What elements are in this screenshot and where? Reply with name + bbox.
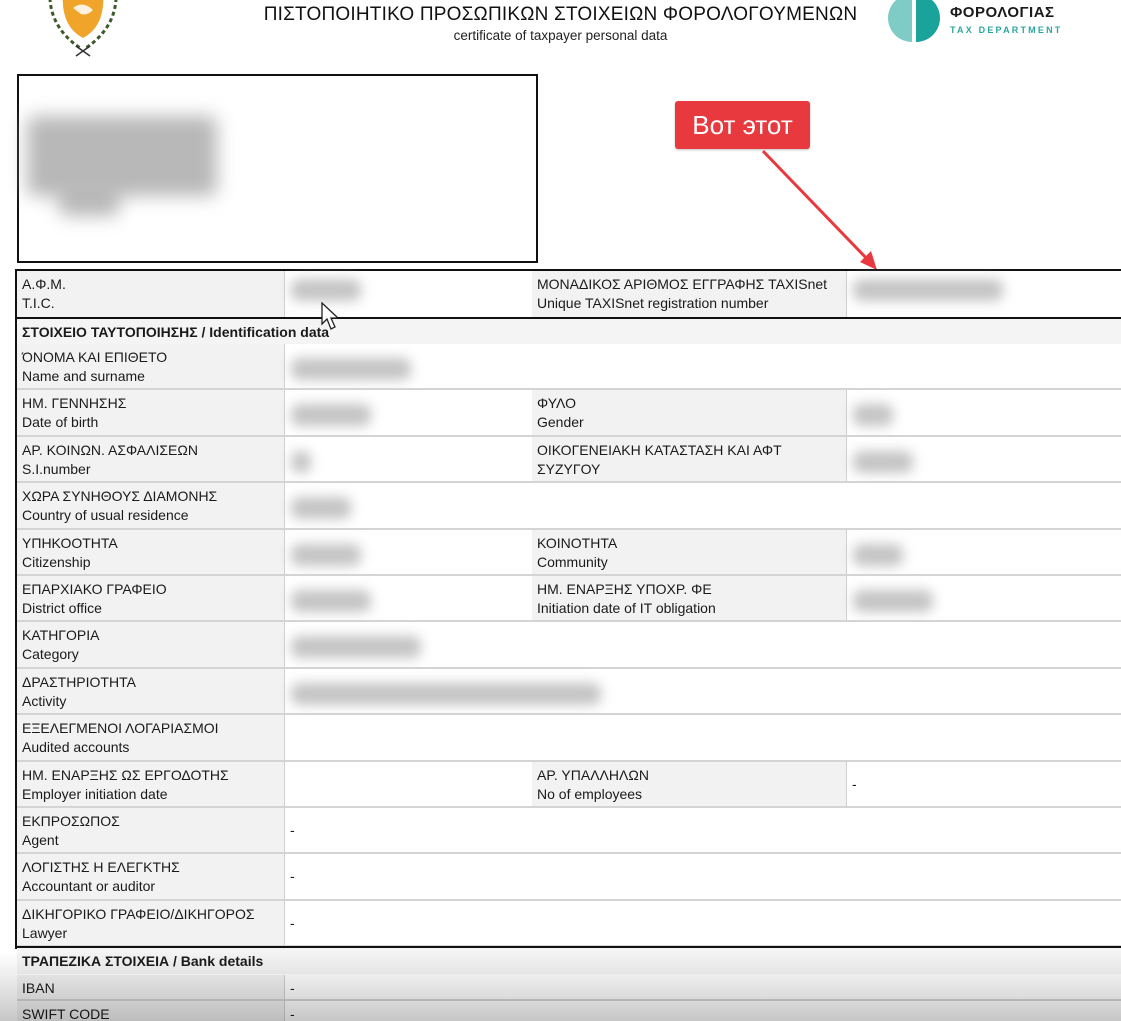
logo-line-1: ΤΜΗΜΑ	[950, 0, 997, 3]
identification-row: ΥΠΗΚΟΟΤΗΤΑCitizenshipΚΟΙΝΟΤΗΤΑCommunity	[17, 530, 1121, 576]
label-greek: ΛΟΓΙΣΤΗΣ Η ΕΛΕΓΚΤΗΣ	[22, 858, 279, 877]
field-value: -	[285, 808, 1121, 854]
label-english: Agent	[22, 831, 279, 850]
label-english: Gender	[537, 413, 841, 432]
label-greek: ΕΠΑΡΧΙΑΚΟ ΓΡΑΦΕΙΟ	[22, 580, 279, 599]
redacted-address	[27, 116, 217, 196]
field-value	[285, 483, 1121, 529]
redacted-value	[291, 497, 351, 519]
bank-row: IBAN-	[17, 975, 1121, 1001]
label-english: Category	[22, 645, 279, 664]
field-label: ΚΑΤΗΓΟΡΙΑCategory	[17, 622, 285, 668]
identification-row: ΌΝΟΜΑ ΚΑΙ ΕΠΙΘΕΤΟName and surname	[17, 344, 1121, 390]
redacted-value	[291, 636, 421, 658]
label-greek: ΔΙΚΗΓΟΡΙΚΟ ΓΡΑΦΕΙΟ/ΔΙΚΗΓΟΡΟΣ	[22, 905, 279, 924]
field-value	[285, 715, 1121, 761]
label-english: Accountant or auditor	[22, 877, 279, 896]
identification-row: ΚΑΤΗΓΟΡΙΑCategory	[17, 622, 1121, 668]
field-value	[285, 437, 532, 483]
redacted-value	[291, 590, 371, 612]
field-value	[847, 390, 1121, 436]
field-value: -	[847, 762, 1121, 808]
identification-row: ΛΟΓΙΣΤΗΣ Η ΕΛΕΓΚΤΗΣAccountant or auditor…	[17, 854, 1121, 900]
tic-label: Α.Φ.Μ.T.I.C.	[17, 271, 285, 317]
field-value	[847, 437, 1121, 483]
label-greek: ΜΟΝΑΔΙΚΟΣ ΑΡΙΘΜΟΣ ΕΓΓΡΑΦΗΣ TAXISnet	[537, 275, 841, 294]
field-label: ΕΞΕΛΕΓΜΕΝΟΙ ΛΟΓΑΡΙΑΣΜΟΙAudited accounts	[17, 715, 285, 761]
bank-field-label: SWIFT CODE	[17, 1001, 285, 1021]
field-label: ΛΟΓΙΣΤΗΣ Η ΕΛΕΓΚΤΗΣAccountant or auditor	[17, 854, 285, 900]
redacted-value	[853, 279, 1003, 301]
field-label: ΧΩΡΑ ΣΥΝΗΘΟΥΣ ΔΙΑΜΟΝΗΣCountry of usual r…	[17, 483, 285, 529]
taxisnet-value	[847, 271, 1121, 317]
field-value: -	[285, 854, 1121, 900]
label-greek: ΕΞΕΛΕΓΜΕΝΟΙ ΛΟΓΑΡΙΑΣΜΟΙ	[22, 719, 279, 738]
redacted-value	[853, 590, 933, 612]
field-value	[285, 762, 532, 808]
identification-row: ΕΚΠΡΟΣΩΠΟΣAgent-	[17, 808, 1121, 854]
label-english: Audited accounts	[22, 738, 279, 757]
redacted-value	[853, 404, 893, 426]
bank-field-value: -	[285, 975, 1121, 1001]
field-value	[285, 622, 1121, 668]
redacted-value	[853, 451, 913, 473]
label-english: T.I.C.	[22, 294, 279, 313]
label-english: Date of birth	[22, 413, 279, 432]
redacted-address-line	[59, 176, 119, 216]
bank-field-label: IBAN	[17, 975, 285, 1001]
label-greek: ΌΝΟΜΑ ΚΑΙ ΕΠΙΘΕΤΟ	[22, 348, 279, 367]
logo-line-3: TAX DEPARTMENT	[950, 25, 1062, 35]
identification-row: ΔΡΑΣΤΗΡΙΟΤΗΤΑActivity	[17, 669, 1121, 715]
field-label: ΕΚΠΡΟΣΩΠΟΣAgent	[17, 808, 285, 854]
field-label: ΕΠΑΡΧΙΑΚΟ ΓΡΑΦΕΙΟDistrict office	[17, 576, 285, 622]
label-english: District office	[22, 599, 279, 618]
label-english: Name and surname	[22, 367, 279, 386]
field-label: ΔΙΚΗΓΟΡΙΚΟ ΓΡΑΦΕΙΟ/ΔΙΚΗΓΟΡΟΣLawyer	[17, 901, 285, 947]
field-value: -	[285, 901, 1121, 947]
field-value	[847, 530, 1121, 576]
label-english: Community	[537, 553, 841, 572]
label-greek: ΗΜ. ΕΝΑΡΞΗΣ ΥΠΟΧΡ. ΦΕ	[537, 580, 841, 599]
label-greek: ΑΡ. ΚΟΙΝΩΝ. ΑΣΦΑΛΙΣΕΩΝ	[22, 441, 279, 460]
identification-row: ΧΩΡΑ ΣΥΝΗΘΟΥΣ ΔΙΑΜΟΝΗΣCountry of usual r…	[17, 483, 1121, 529]
field-value	[285, 344, 1121, 390]
bank-field-value: -	[285, 1001, 1121, 1021]
field-value	[285, 390, 532, 436]
field-label: ΑΡ. ΥΠΑΛΛΗΛΩΝNo of employees	[532, 762, 847, 808]
annotation-callout: Вот этот	[675, 101, 810, 149]
field-label: ΔΡΑΣΤΗΡΙΟΤΗΤΑActivity	[17, 669, 285, 715]
section-heading-identification: ΣΤΟΙΧΕΙΟ ΤΑΥΤΟΠΟΙΗΣΗΣ / Identification d…	[17, 319, 1121, 344]
redacted-value	[291, 279, 361, 301]
field-value	[285, 530, 532, 576]
label-english: Initiation date of IT obligation	[537, 599, 841, 618]
label-english: Unique TAXISnet registration number	[537, 294, 841, 313]
label-greek: ΗΜ. ΕΝΑΡΞΗΣ ΩΣ ΕΡΓΟΔΟΤΗΣ	[22, 766, 279, 785]
identification-row: ΗΜ. ΕΝΑΡΞΗΣ ΩΣ ΕΡΓΟΔΟΤΗΣEmployer initiat…	[17, 762, 1121, 808]
identification-row: ΕΠΑΡΧΙΑΚΟ ΓΡΑΦΕΙΟDistrict officeΗΜ. ΕΝΑΡ…	[17, 576, 1121, 622]
value-text: -	[852, 776, 857, 792]
redacted-value	[291, 404, 371, 426]
tax-department-logo: ΤΜΗΜΑ ΦΟΡΟΛΟΓΙΑΣ TAX DEPARTMENT	[886, 0, 1066, 44]
label-greek: ΕΚΠΡΟΣΩΠΟΣ	[22, 812, 279, 831]
logo-line-2: ΦΟΡΟΛΟΓΙΑΣ	[950, 4, 1055, 21]
label-english: Activity	[22, 692, 279, 711]
field-label: ΗΜ. ΕΝΑΡΞΗΣ ΥΠΟΧΡ. ΦΕInitiation date of …	[532, 576, 847, 622]
field-label: ΦΥΛΟGender	[532, 390, 847, 436]
identification-row: ΕΞΕΛΕΓΜΕΝΟΙ ΛΟΓΑΡΙΑΣΜΟΙAudited accounts	[17, 715, 1121, 761]
label-greek: ΟΙΚΟΓΕΝΕΙΑΚΗ ΚΑΤΑΣΤΑΣΗ ΚΑΙ ΑΦΤ ΣΥΖΥΓΟΥ	[537, 441, 841, 479]
value-text: -	[290, 822, 295, 838]
tax-department-emblem-icon	[886, 0, 942, 44]
redacted-value	[291, 451, 311, 473]
redacted-value	[291, 358, 411, 380]
label-english: Lawyer	[22, 924, 279, 943]
label-greek: ΑΡ. ΥΠΑΛΛΗΛΩΝ	[537, 766, 841, 785]
field-value	[847, 576, 1121, 622]
redacted-value	[291, 544, 361, 566]
value-text: -	[290, 915, 295, 931]
label-greek: ΚΑΤΗΓΟΡΙΑ	[22, 626, 279, 645]
field-label: ΗΜ. ΕΝΑΡΞΗΣ ΩΣ ΕΡΓΟΔΟΤΗΣEmployer initiat…	[17, 762, 285, 808]
label-greek: ΥΠΗΚΟΟΤΗΤΑ	[22, 534, 279, 553]
label-greek: ΦΥΛΟ	[537, 394, 841, 413]
taxisnet-label: ΜΟΝΑΔΙΚΟΣ ΑΡΙΘΜΟΣ ΕΓΓΡΑΦΗΣ TAXISnetUniqu…	[532, 271, 847, 317]
label-greek: ΔΡΑΣΤΗΡΙΟΤΗΤΑ	[22, 673, 279, 692]
field-label: ΟΙΚΟΓΕΝΕΙΑΚΗ ΚΑΤΑΣΤΑΣΗ ΚΑΙ ΑΦΤ ΣΥΖΥΓΟΥFa…	[532, 437, 847, 483]
label-greek: ΧΩΡΑ ΣΥΝΗΘΟΥΣ ΔΙΑΜΟΝΗΣ	[22, 487, 279, 506]
field-label: ΑΡ. ΚΟΙΝΩΝ. ΑΣΦΑΛΙΣΕΩΝS.I.number	[17, 437, 285, 483]
field-label: ΗΜ. ΓΕΝΝΗΣΗΣDate of birth	[17, 390, 285, 436]
label-greek: ΗΜ. ΓΕΝΝΗΣΗΣ	[22, 394, 279, 413]
section-heading-bank: ΤΡΑΠΕΖΙΚΑ ΣΤΟΙΧΕΙΑ / Bank details	[17, 948, 1121, 974]
value-text: -	[290, 868, 295, 884]
label-english: No of employees	[537, 785, 841, 804]
redacted-value	[853, 544, 903, 566]
label-english: Citizenship	[22, 553, 279, 572]
label-english: Country of usual residence	[22, 506, 279, 525]
field-value	[285, 576, 532, 622]
label-greek: Α.Φ.Μ.	[22, 275, 279, 294]
label-english: Employer initiation date	[22, 785, 279, 804]
tic-row: Α.Φ.Μ.T.I.C.ΜΟΝΑΔΙΚΟΣ ΑΡΙΘΜΟΣ ΕΓΓΡΑΦΗΣ T…	[17, 271, 1121, 317]
address-box	[17, 74, 538, 263]
field-value	[285, 669, 1121, 715]
label-english: S.I.number	[22, 460, 279, 479]
identification-row: ΔΙΚΗΓΟΡΙΚΟ ΓΡΑΦΕΙΟ/ΔΙΚΗΓΟΡΟΣLawyer-	[17, 901, 1121, 947]
field-label: ΥΠΗΚΟΟΤΗΤΑCitizenship	[17, 530, 285, 576]
redacted-value	[291, 683, 601, 705]
label-greek: ΚΟΙΝΟΤΗΤΑ	[537, 534, 841, 553]
field-label: ΌΝΟΜΑ ΚΑΙ ΕΠΙΘΕΤΟName and surname	[17, 344, 285, 390]
identification-row: ΗΜ. ΓΕΝΝΗΣΗΣDate of birthΦΥΛΟGender	[17, 390, 1121, 436]
field-label: ΚΟΙΝΟΤΗΤΑCommunity	[532, 530, 847, 576]
bank-row: SWIFT CODE-	[17, 1001, 1121, 1021]
identification-row: ΑΡ. ΚΟΙΝΩΝ. ΑΣΦΑΛΙΣΕΩΝS.I.numberΟΙΚΟΓΕΝΕ…	[17, 437, 1121, 483]
mouse-cursor-icon	[320, 302, 342, 332]
